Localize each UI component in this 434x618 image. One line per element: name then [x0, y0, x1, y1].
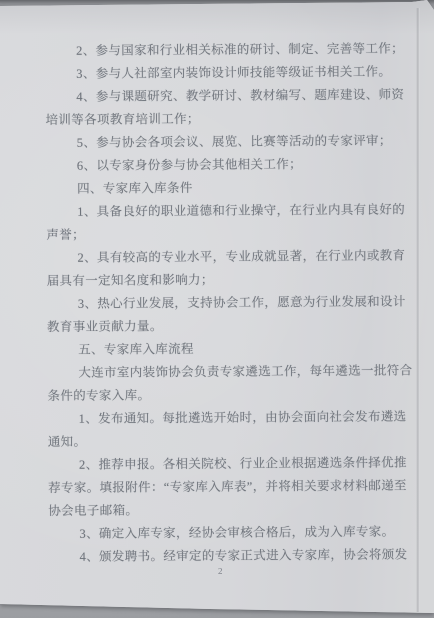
doc-line: 4、颁发聘书。经审定的专家正式进入专家库，协会将颁发: [49, 544, 401, 569]
doc-line: 1、发布通知。每批遴选开始时，由协会面向社会发布遴选: [48, 406, 400, 431]
doc-line: 届具有一定知名度和影响力；: [47, 268, 399, 293]
doc-line: 培训等各项教育培训工作；: [45, 107, 397, 132]
doc-line: 5、参与协会各项会议、展览、比赛等活动的专家评审；: [46, 130, 398, 155]
doc-line: 荐专家。填报附件：“专家库入库表”，并将相关要求材料邮递至: [48, 475, 400, 500]
section-heading: 五、专家库入库流程: [47, 337, 399, 362]
doc-line: 3、确定入库专家，经协会审核合格后，成为入库专家。: [48, 521, 400, 546]
document-body: 2、参与国家和行业相关标准的研讨、制定、完善等工作； 3、参与人社部室内装饰设计…: [45, 38, 401, 569]
page-number: 2: [218, 566, 223, 576]
scanned-page-photo: 2、参与国家和行业相关标准的研讨、制定、完善等工作； 3、参与人社部室内装饰设计…: [0, 0, 434, 618]
doc-line: 1、具备良好的职业道德和行业操守，在行业内具有良好的: [46, 199, 398, 224]
paper-shadow-wrap: 2、参与国家和行业相关标准的研讨、制定、完善等工作； 3、参与人社部室内装饰设计…: [0, 0, 434, 618]
doc-line: 2、具有较高的专业水平，专业成就显著，在行业内或教育: [46, 245, 398, 270]
paper-sheet: 2、参与国家和行业相关标准的研讨、制定、完善等工作； 3、参与人社部室内装饰设计…: [0, 0, 434, 618]
section-heading: 四、专家库入库条件: [46, 176, 398, 201]
doc-line: 教育事业贡献力量。: [47, 314, 399, 339]
doc-line: 3、参与人社部室内装饰设计师技能等级证书相关工作。: [45, 61, 397, 86]
doc-line: 协会电子邮箱。: [48, 498, 400, 523]
doc-line: 大连市室内装饰协会负责专家遴选工作，每年遴选一批符合: [47, 360, 399, 385]
doc-line: 3、热心行业发展，支持协会工作，愿意为行业发展和设计: [47, 291, 399, 316]
doc-line: 6、以专家身份参与协会其他相关工作；: [46, 153, 398, 178]
doc-line: 条件的专家入库。: [47, 383, 399, 408]
doc-line: 2、参与国家和行业相关标准的研讨、制定、完善等工作；: [45, 38, 397, 63]
doc-line: 2、推荐申报。各相关院校、行业企业根据遴选条件择优推: [48, 452, 400, 477]
paper-right-fold: [416, 8, 420, 612]
doc-line: 4、参与课题研究、教学研讨、教材编写、题库建设、师资: [45, 84, 397, 109]
doc-line: 通知。: [48, 429, 400, 454]
doc-line: 声誉；: [46, 222, 398, 247]
